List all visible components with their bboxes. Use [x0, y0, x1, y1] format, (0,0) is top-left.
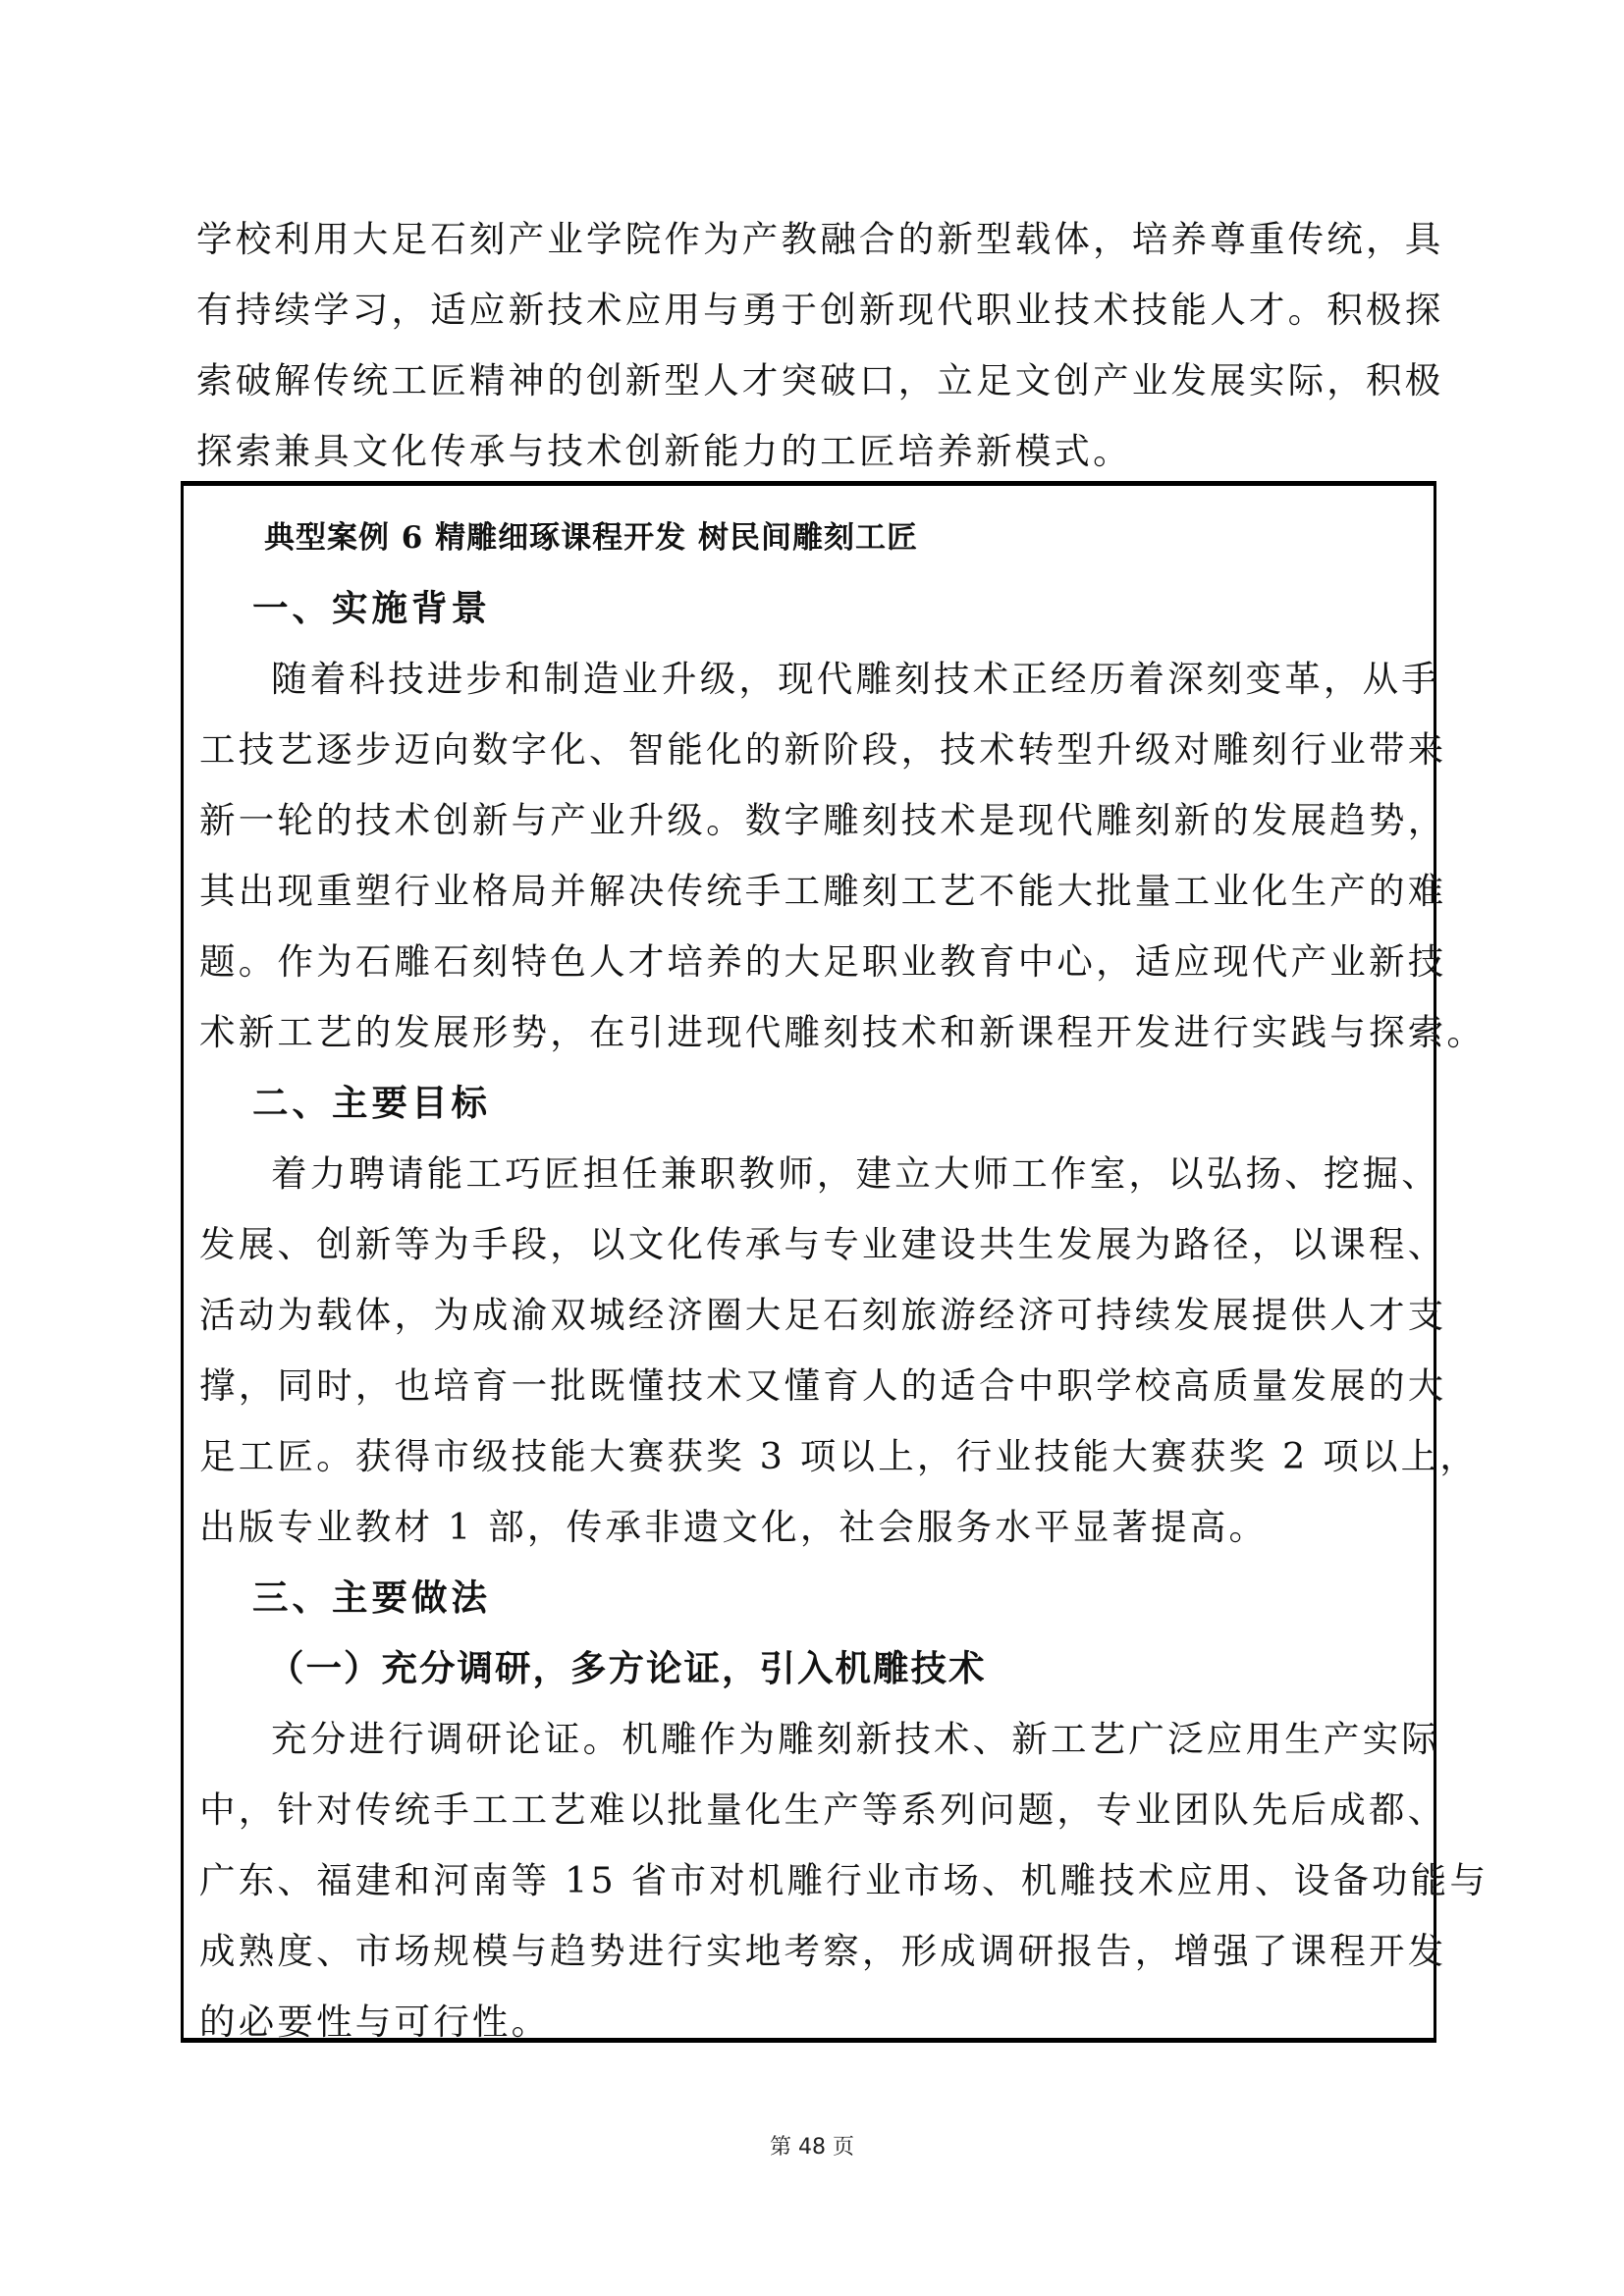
intro-line: 学校利用大足石刻产业学院作为产教融合的新型载体，培养尊重传统，具: [196, 204, 1438, 275]
case-title: 典型案例 6 精雕细琢课程开发 树民间雕刻工匠: [199, 503, 1422, 573]
section-heading-methods: 三、主要做法: [199, 1563, 1422, 1633]
paragraph-line: 工技艺逐步迈向数字化、智能化的新阶段，技术转型升级对雕刻行业带来: [199, 715, 1422, 785]
subsection-heading: （一）充分调研，多方论证，引入机雕技术: [199, 1633, 1422, 1704]
section-heading-background: 一、实施背景: [199, 573, 1422, 644]
paragraph-line: 着力聘请能工巧匠担任兼职教师，建立大师工作室，以弘扬、挖掘、: [199, 1139, 1422, 1209]
page-number: 第 48 页: [0, 2130, 1624, 2161]
case-box: 典型案例 6 精雕细琢课程开发 树民间雕刻工匠 一、实施背景 随着科技进步和制造…: [181, 481, 1436, 2043]
section-heading-goals: 二、主要目标: [199, 1068, 1422, 1139]
paragraph-line: 广东、福建和河南等 15 省市对机雕行业市场、机雕技术应用、设备功能与: [199, 1845, 1422, 1916]
paragraph-line: 撑，同时，也培育一批既懂技术又懂育人的适合中职学校高质量发展的大: [199, 1351, 1422, 1421]
paragraph-line: 成熟度、市场规模与趋势进行实地考察，形成调研报告，增强了课程开发: [199, 1916, 1422, 1987]
paragraph-line: 其出现重塑行业格局并解决传统手工雕刻工艺不能大批量工业化生产的难: [199, 856, 1422, 927]
paragraph-line: 的必要性与可行性。: [199, 1987, 1422, 2057]
intro-paragraph: 学校利用大足石刻产业学院作为产教融合的新型载体，培养尊重传统，具 有持续学习，适…: [196, 204, 1438, 487]
paragraph-line: 足工匠。获得市级技能大赛获奖 3 项以上，行业技能大赛获奖 2 项以上，: [199, 1421, 1422, 1492]
paragraph-line: 随着科技进步和制造业升级，现代雕刻技术正经历着深刻变革，从手: [199, 644, 1422, 715]
paragraph-line: 活动为载体，为成渝双城经济圈大足石刻旅游经济可持续发展提供人才支: [199, 1280, 1422, 1351]
paragraph-line: 充分进行调研论证。机雕作为雕刻新技术、新工艺广泛应用生产实际: [199, 1704, 1422, 1775]
paragraph-line: 出版专业教材 1 部，传承非遗文化，社会服务水平显著提高。: [199, 1492, 1422, 1563]
intro-line: 索破解传统工匠精神的创新型人才突破口，立足文创产业发展实际，积极: [196, 346, 1438, 416]
paragraph-line: 题。作为石雕石刻特色人才培养的大足职业教育中心，适应现代产业新技: [199, 927, 1422, 997]
paragraph-line: 中，针对传统手工工艺难以批量化生产等系列问题，专业团队先后成都、: [199, 1775, 1422, 1845]
case-content: 典型案例 6 精雕细琢课程开发 树民间雕刻工匠 一、实施背景 随着科技进步和制造…: [199, 503, 1422, 2057]
paragraph-line: 发展、创新等为手段，以文化传承与专业建设共生发展为路径，以课程、: [199, 1209, 1422, 1280]
paragraph-line: 术新工艺的发展形势，在引进现代雕刻技术和新课程开发进行实践与探索。: [199, 997, 1422, 1068]
paragraph-line: 新一轮的技术创新与产业升级。数字雕刻技术是现代雕刻新的发展趋势，: [199, 785, 1422, 856]
intro-line: 有持续学习，适应新技术应用与勇于创新现代职业技术技能人才。积极探: [196, 275, 1438, 346]
intro-line: 探索兼具文化传承与技术创新能力的工匠培养新模式。: [196, 416, 1438, 487]
